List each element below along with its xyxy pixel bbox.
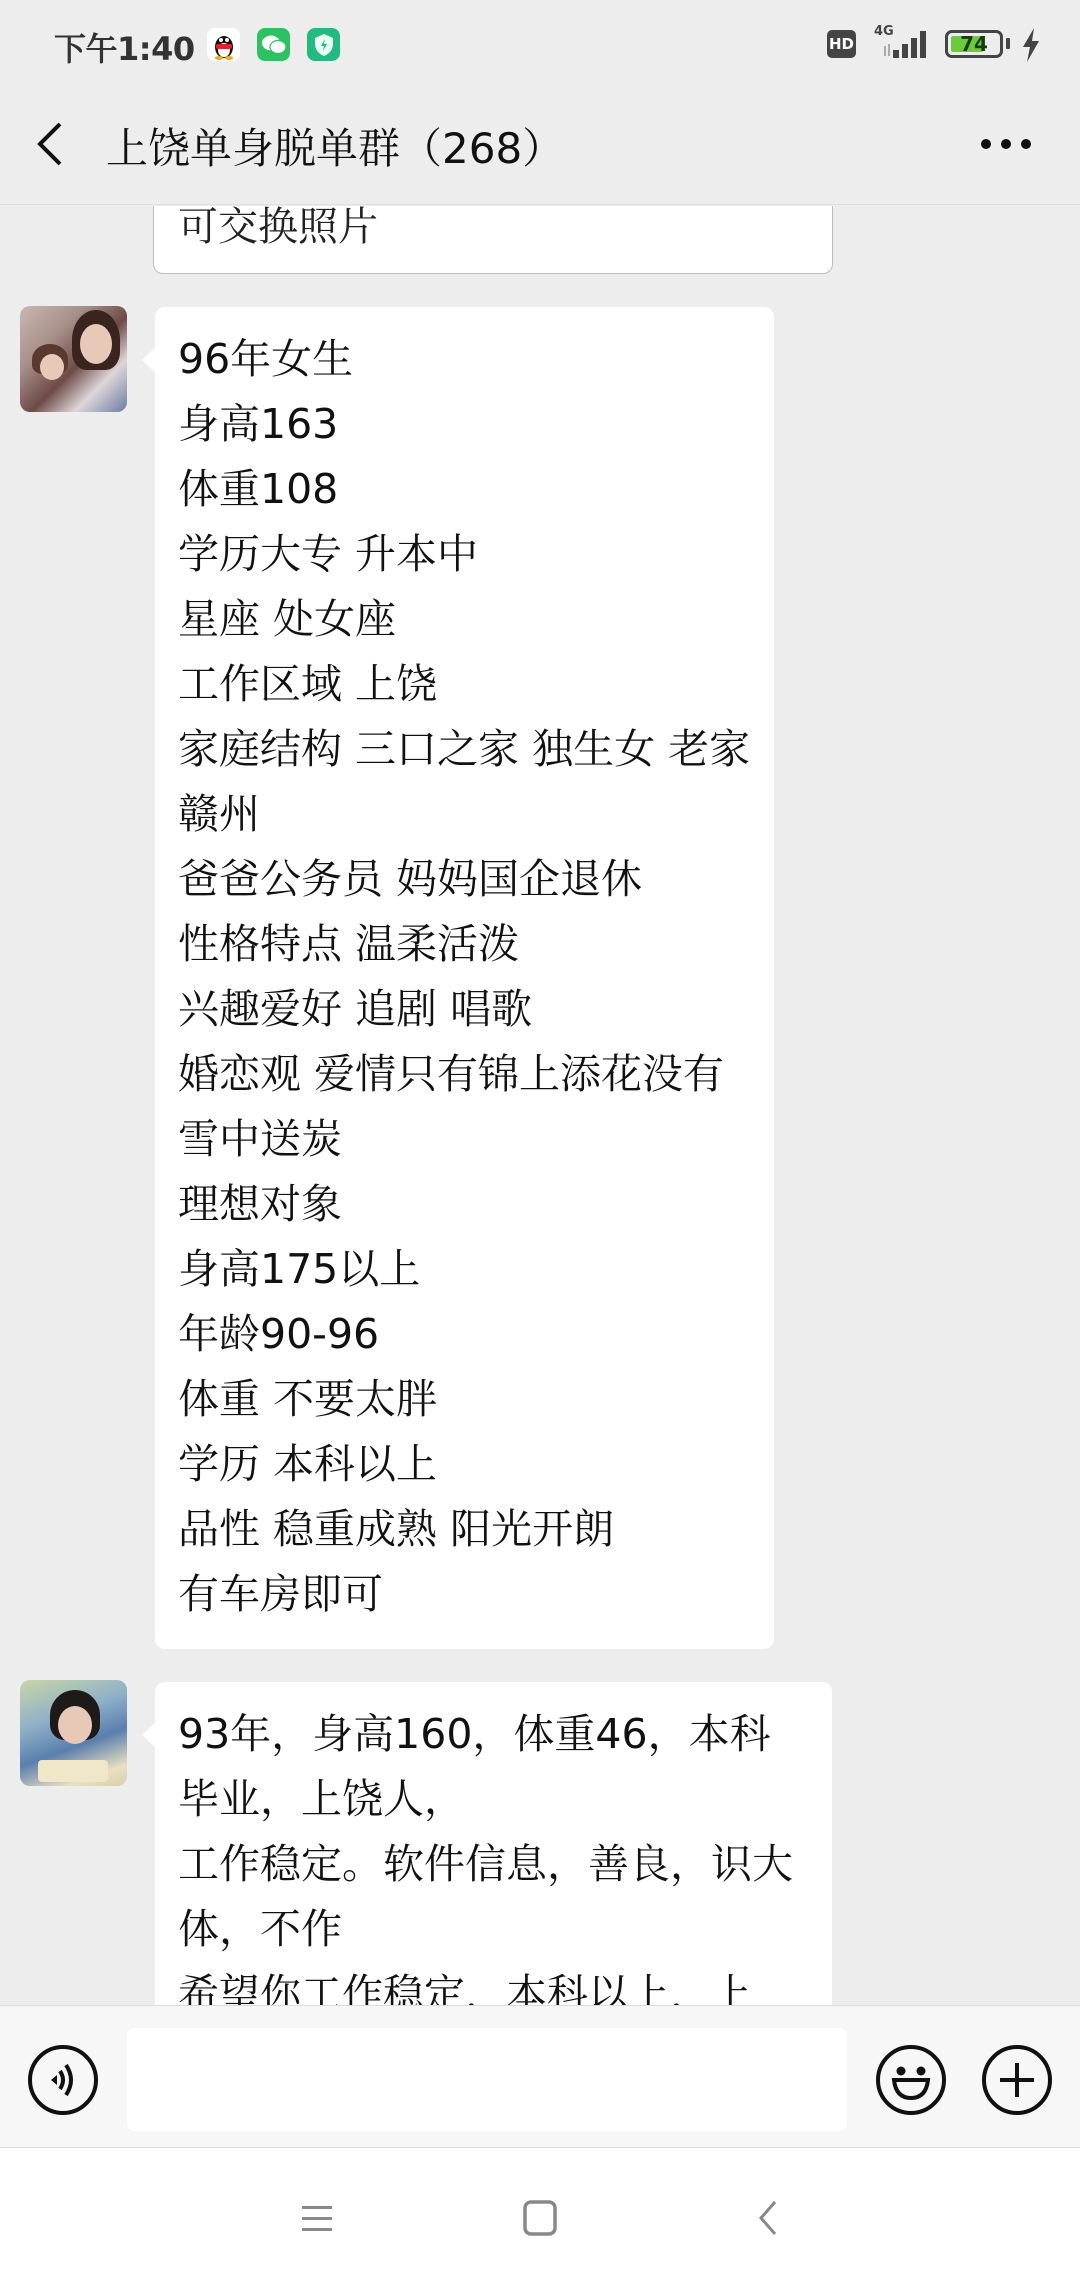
message-line: 体重 不要太胖 (178, 1367, 750, 1432)
hd-badge: HD (827, 30, 856, 58)
emoji-button[interactable] (876, 2045, 946, 2115)
home-icon (523, 2200, 557, 2236)
message-text: 可交换照片 (178, 206, 378, 250)
battery-icon: 74 (945, 30, 1003, 58)
qq-icon (207, 28, 240, 61)
status-time: 下午1:40 (54, 24, 195, 70)
more-dots-icon (981, 139, 991, 149)
message-line: 品性 稳重成熟 阳光开朗 (178, 1497, 750, 1562)
message-line: 星座 处女座 (178, 587, 750, 652)
message-line: 体重108 (178, 457, 750, 522)
security-shield-icon (307, 28, 340, 61)
chat-title: 上饶单身脱单群（268） (106, 116, 564, 176)
recent-apps-button[interactable] (297, 2198, 337, 2238)
battery-nub (1006, 38, 1010, 49)
message-line: 身高163 (178, 392, 750, 457)
message-line: 年龄90-96 (178, 1302, 750, 1367)
emoji-icon (880, 2049, 942, 2111)
charging-bolt-icon (1020, 28, 1042, 62)
chat-message-list[interactable]: 可交换照片 96年女生 身高163 体重108 学历大专 升本中 星座 处女座 … (0, 206, 1080, 2005)
more-dots-icon (1001, 139, 1011, 149)
message-line: 93年，身高160，体重46，本科毕业，上饶人， (178, 1702, 808, 1832)
message-line: 赣州 (178, 782, 750, 847)
chat-header: 上饶单身脱单群（268） (0, 90, 1080, 205)
more-functions-button[interactable] (982, 2045, 1052, 2115)
message-line: 工作稳定。软件信息，善良，识大体，不作 (178, 1832, 808, 1962)
message-line: 爸爸公务员 妈妈国企退休 (178, 847, 750, 912)
message-line: 婚恋观 爱情只有锦上添花没有 (178, 1042, 750, 1107)
message-bubble-partial[interactable]: 可交换照片 (153, 206, 833, 274)
message-line: 学历大专 升本中 (178, 522, 750, 587)
home-button[interactable] (520, 2198, 560, 2238)
chevron-left-icon (28, 116, 72, 172)
message-bubble[interactable]: 96年女生 身高163 体重108 学历大专 升本中 星座 处女座 工作区域 上… (155, 307, 774, 1649)
more-dots-icon (1021, 139, 1031, 149)
message-line: 身高175以上 (178, 1237, 750, 1302)
system-nav-bar (0, 2148, 1080, 2280)
more-options-button[interactable] (975, 124, 1037, 164)
back-icon (757, 2200, 779, 2236)
message-line: 兴趣爱好 追剧 唱歌 (178, 977, 750, 1042)
signal-icon (884, 28, 932, 60)
message-line: 雪中送炭 (178, 1107, 750, 1172)
back-button[interactable] (28, 116, 72, 172)
plus-icon (986, 2049, 1048, 2111)
message-input-bar (0, 2005, 1080, 2148)
avatar[interactable] (20, 306, 127, 412)
message-bubble[interactable]: 93年，身高160，体重46，本科毕业，上饶人， 工作稳定。软件信息，善良，识大… (155, 1682, 832, 2005)
wechat-icon (257, 28, 290, 61)
message-line: 学历 本科以上 (178, 1432, 750, 1497)
battery-percent: 74 (948, 32, 1000, 56)
message-line: 有车房即可 (178, 1562, 750, 1627)
message-line: 96年女生 (178, 327, 750, 392)
system-back-button[interactable] (748, 2198, 788, 2238)
voice-input-icon (32, 2049, 94, 2111)
message-line: 理想对象 (178, 1172, 750, 1237)
message-input[interactable] (127, 2028, 847, 2131)
message-line: 性格特点 温柔活泼 (178, 912, 750, 977)
menu-icon (302, 2204, 332, 2232)
message-line: 工作区域 上饶 (178, 652, 750, 717)
status-bar: 下午1:40 HD 4G 74 (0, 0, 1080, 90)
message-line: 家庭结构 三口之家 独生女 老家 (178, 717, 750, 782)
message-line: 希望你工作稳定，本科以上，上 (178, 1962, 808, 2005)
avatar[interactable] (20, 1680, 127, 1786)
voice-input-button[interactable] (28, 2045, 98, 2115)
